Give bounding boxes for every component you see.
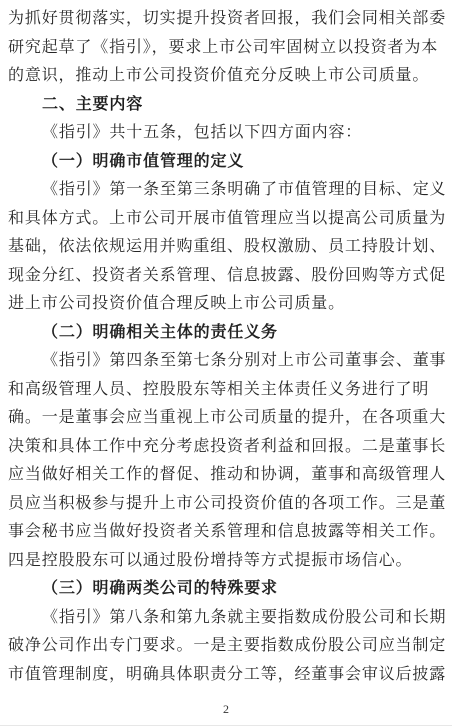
paragraph-line: 确。一是董事会应当重视上市公司质量的提升，在各项重大: [8, 404, 446, 433]
section-heading: 二、主要内容: [8, 91, 446, 120]
paragraph-line: 和具体方式。上市公司开展市值管理应当以提高公司质量为: [8, 205, 446, 234]
paragraph-line: 研究起草了《指引》，要求上市公司牢固树立以投资者为本: [8, 34, 446, 63]
paragraph-line: 基础，依法依规运用并购重组、股权激励、员工持股计划、: [8, 233, 446, 262]
paragraph-line: 员应当积极参与提升上市公司投资价值的各项工作。三是董: [8, 490, 446, 519]
subsection-heading: （三）明确两类公司的特殊要求: [8, 575, 446, 604]
paragraph-line: 为抓好贯彻落实，切实提升投资者回报，我们会同相关部委: [8, 5, 446, 34]
paragraph-line: 《指引》共十五条，包括以下四方面内容：: [8, 119, 446, 148]
paragraph-line: 应当做好相关工作的督促、推动和协调，董事和高级管理人: [8, 461, 446, 490]
paragraph-line: 《指引》第一条至第三条明确了市值管理的目标、定义: [8, 176, 446, 205]
paragraph-line: 进上市公司投资价值合理反映上市公司质量。: [8, 290, 446, 319]
paragraph-line: 决策和具体工作中充分考虑投资者利益和回报。二是董事长: [8, 433, 446, 462]
document-page: 为抓好贯彻落实，切实提升投资者回报，我们会同相关部委研究起草了《指引》，要求上市…: [0, 0, 452, 726]
paragraph-line: 的意识，推动上市公司投资价值充分反映上市公司质量。: [8, 62, 446, 91]
paragraph-line: 现金分红、投资者关系管理、信息披露、股份回购等方式促: [8, 262, 446, 291]
subsection-heading: （一）明确市值管理的定义: [8, 148, 446, 177]
subsection-heading: （二）明确相关主体的责任义务: [8, 319, 446, 348]
document-body: 为抓好贯彻落实，切实提升投资者回报，我们会同相关部委研究起草了《指引》，要求上市…: [8, 5, 446, 689]
paragraph-line: 《指引》第八条和第九条就主要指数成份股公司和长期: [8, 604, 446, 633]
page-number: 2: [0, 702, 452, 717]
paragraph-line: 市值管理制度，明确具体职责分工等，经董事会审议后披露: [8, 661, 446, 690]
paragraph-line: 《指引》第四条至第七条分别对上市公司董事会、董事: [8, 347, 446, 376]
paragraph-line: 四是控股股东可以通过股份增持等方式提振市场信心。: [8, 547, 446, 576]
paragraph-line: 事会秘书应当做好投资者关系管理和信息披露等相关工作。: [8, 518, 446, 547]
paragraph-line: 和高级管理人员、控股股东等相关主体责任义务进行了明: [8, 376, 446, 405]
paragraph-line: 破净公司作出专门要求。一是主要指数成份股公司应当制定: [8, 632, 446, 661]
